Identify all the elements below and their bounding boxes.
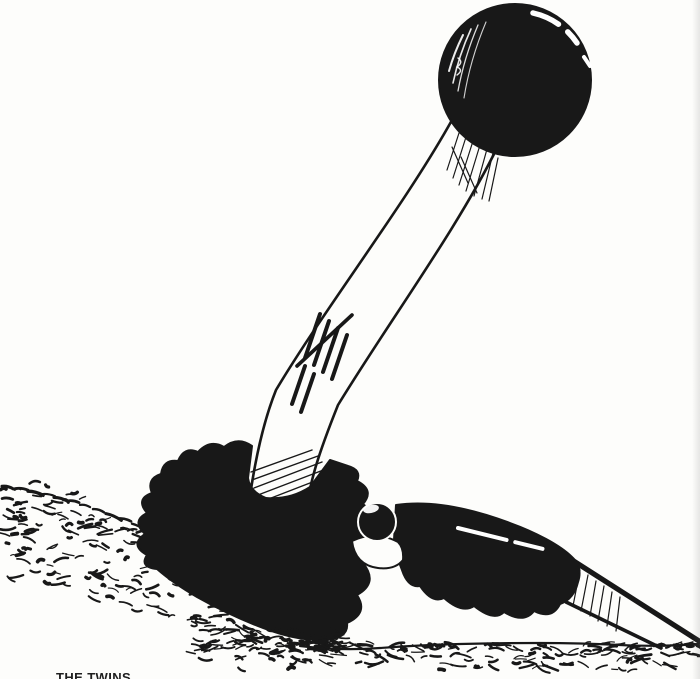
drawing-canvas xyxy=(0,0,700,679)
handbrake-shaft-hatch xyxy=(573,570,620,631)
handbrake-grip xyxy=(394,504,580,618)
handbrake-shaft-upper xyxy=(572,560,699,641)
gear-knob xyxy=(439,4,591,156)
ground-scribble-texture xyxy=(186,625,700,674)
ground xyxy=(186,625,700,674)
handbrake xyxy=(352,503,699,648)
caption: THE TWINS xyxy=(56,670,131,679)
